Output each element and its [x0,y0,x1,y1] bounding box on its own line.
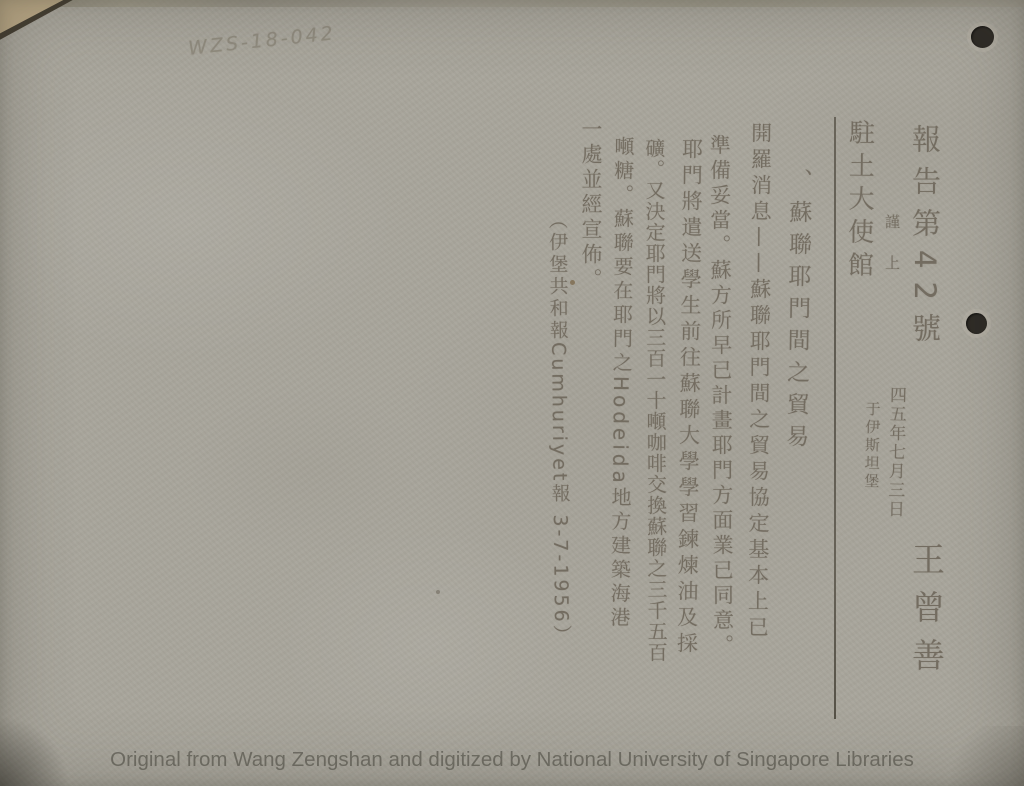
paper-speck [436,590,440,594]
report-date: 四五年七月三日 [882,386,909,519]
body-column: 礦。又決定耶門將以三百一十噸咖啡交換蘇聯之三千五百 [640,138,672,663]
punch-hole-middle [966,313,987,334]
body-title: 、蘇聯耶門間之貿易 [779,168,816,456]
paper-speck [570,280,575,285]
salutation: 謹上 [882,214,903,296]
torn-top-edge [0,0,1024,7]
body-column: 準備妥當。蘇方所早已計畫耶門方面業已同意。 [704,134,738,659]
report-place: 于伊斯坦堡 [861,401,884,491]
body-column: 耶門將遣送學生前往蘇聯大學學習鍊煉油及採 [671,138,706,658]
scanned-document-page: WZS-18-042 報告第42號 謹上 駐土大使館 四五年七月三日 于伊斯坦堡… [0,0,1024,786]
office-name: 駐土大使館 [840,119,878,284]
report-number: 報告第42號 [905,124,946,355]
body-column: 一處並經宣佈。 [576,118,606,293]
signature: 王曾善 [903,542,950,686]
bottom-right-shadow [934,726,1024,786]
body-citation: （伊堡共和報Cumhuriyet報 3-7-1956） [544,210,576,647]
digitization-watermark: Original from Wang Zengshan and digitize… [110,748,914,772]
archive-code-annotation: WZS-18-042 [187,22,337,59]
scan-vignette [0,0,1024,786]
punch-hole-top [971,26,994,48]
body-column: 噸糖。蘇聯要在耶門之Hodeida地方建築海港 [605,136,638,631]
corner-fold [0,0,69,35]
margin-rule-line [834,117,836,719]
body-column: 開羅消息——蘇聯耶門間之貿易協定基本上已 [742,122,776,642]
bottom-left-shadow [0,716,70,786]
